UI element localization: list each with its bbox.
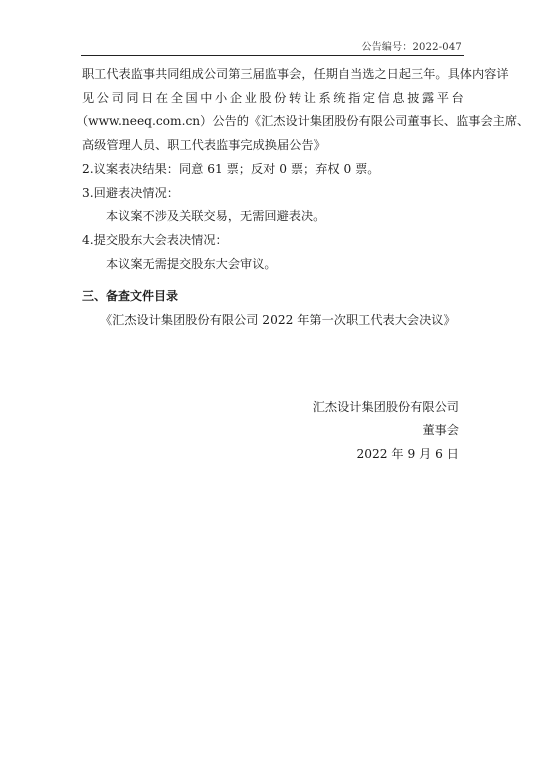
section-title-reference-docs: 三、备查文件目录	[82, 288, 178, 304]
header-divider	[81, 55, 464, 56]
signature-company: 汇杰设计集团股份有限公司	[313, 399, 459, 415]
avoidance-heading: 3.回避表决情况：	[82, 185, 179, 201]
paragraph-line-4: 高级管理人员、职工代表监事完成换届公告》	[82, 137, 326, 153]
vote-result: 2.议案表决结果：同意 61 票；反对 0 票；弃权 0 票。	[82, 161, 379, 177]
shareholder-heading: 4.提交股东大会表决情况：	[82, 232, 228, 248]
paragraph-line-2: 见公司同日在全国中小企业股份转让系统指定信息披露平台	[82, 90, 464, 106]
paragraph-line-1: 职工代表监事共同组成公司第三届监事会，任期自当选之日起三年。具体内容详	[82, 66, 509, 82]
shareholder-text: 本议案无需提交股东大会审议。	[106, 256, 277, 272]
signature-board: 董事会	[422, 422, 459, 438]
avoidance-text: 本议案不涉及关联交易，无需回避表决。	[106, 208, 325, 224]
announcement-code: 公告编号：2022-047	[361, 38, 462, 53]
reference-document: 《汇杰设计集团股份有限公司 2022 年第一次职工代表大会决议》	[100, 312, 456, 328]
paragraph-line-3: （www.neeq.com.cn）公告的《汇杰设计集团股份有限公司董事长、监事会…	[76, 113, 529, 129]
signature-date: 2022 年 9 月 6 日	[357, 446, 459, 462]
document-page: 公告编号：2022-047 职工代表监事共同组成公司第三届监事会，任期自当选之日…	[0, 0, 545, 771]
